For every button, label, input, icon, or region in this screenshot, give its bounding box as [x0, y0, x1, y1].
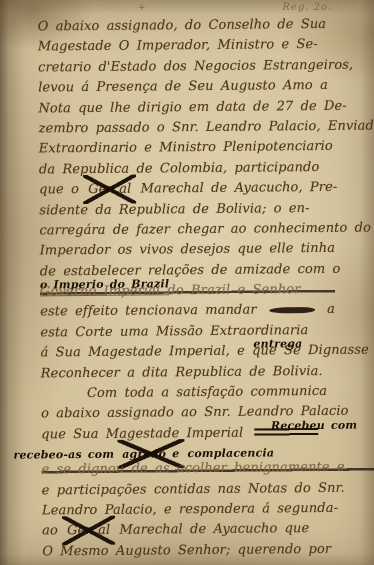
line-text: ao Gen.al Marechal de Ayacucho que — [42, 519, 309, 542]
line-text: Nota que lhe dirigio em data de 27 de De… — [38, 96, 347, 119]
line-text: sidente da Republica de Bolivia; o en- — [39, 199, 309, 222]
manuscript-line: e participações contidas nas Notas do Sn… — [42, 478, 368, 501]
manuscript-line: Com toda a satisfação communica — [41, 382, 367, 405]
line-text: e participações contidas nas Notas do Sn… — [42, 478, 345, 501]
handwritten-text: á Sua Magestade Imperial, e que Se Digna… — [40, 343, 368, 361]
crossed-out-word: Gen.al — [86, 180, 133, 201]
crossed-out-word: Gen.al — [65, 521, 112, 542]
manuscript-line: ao Gen.al Marechal de Ayacucho que — [42, 519, 368, 542]
handwritten-text: carregára de fazer chegar ao conheciment… — [39, 220, 371, 238]
manuscript-line: que o Gen.al Marechal de Ayacucho, Pre- — [39, 178, 365, 201]
manuscript-line: zembro passado o Snr. Leandro Palacio, E… — [39, 117, 365, 140]
line-text: Com toda a satisfação communica — [87, 382, 327, 405]
line-text: cretario d'Estado dos Negocios Estrangei… — [38, 55, 353, 78]
line-text: Governo Imperial do Brazil e Senhor — [40, 280, 335, 303]
line-text: Imperador os vivos desejos que elle tinh… — [40, 239, 336, 262]
handwritten-text: Reconhecer a dita Republica de Bolivia. — [41, 364, 323, 381]
handwritten-text: zembro passado o Snr. Leandro Palacio, E… — [39, 118, 374, 136]
handwritten-text: levou á Presença de Seu Augusto Amo a — [38, 78, 328, 96]
line-text: O abaixo assignado, do Conselho de Sua — [38, 15, 327, 38]
handwritten-text: Imperador os vivos desejos que elle tinh… — [40, 241, 336, 259]
line-text: Reconhecer a dita Republica de Bolivia. — [41, 362, 323, 385]
ink-blot-strike — [269, 307, 315, 313]
line-text: este effeito tencionava mandar a — [40, 300, 335, 323]
handwritten-text: que o — [39, 182, 86, 197]
handwritten-text: e se dignou de as acolher benignamente e — [42, 460, 345, 478]
handwritten-text: e participações contidas nas Notas do Sn… — [42, 480, 345, 498]
manuscript-line: carregára de fazer chegar ao conheciment… — [39, 218, 365, 241]
manuscript-line: Magestade O Imperador, Ministro e Se- — [38, 35, 364, 58]
handwritten-text: Governo Imperial do Brazil e Senhor — [40, 282, 301, 299]
manuscript-line: este effeito tencionava mandar a — [40, 300, 366, 323]
line-text: que o Gen.al Marechal de Ayacucho, Pre- — [39, 178, 337, 201]
page-number-annotation: Reg. 2o. — [282, 2, 332, 13]
line-text: e se dignou de as acolher benignamente e — [41, 458, 374, 481]
handwritten-text: Marechal de Ayacucho que — [112, 521, 309, 538]
invocation-cross-mark: + — [138, 3, 146, 13]
line-text: Recebeu com — [271, 415, 357, 436]
manuscript-line: Nota que lhe dirigio em data de 27 de De… — [38, 96, 364, 119]
handwritten-text: Extraordinario e Ministro Plenipotenciar… — [39, 139, 333, 157]
struck-through-line: e se dignou de as acolher benignamente e — [41, 458, 367, 481]
line-text: da Republica de Colombia, participando — [39, 158, 320, 181]
manuscript-line: cretario d'Estado dos Negocios Estrangei… — [38, 55, 364, 78]
handwritten-text: Nota que lhe dirigio em data de 27 de De… — [38, 98, 347, 116]
manuscript-line: Extraordinario e Ministro Plenipotenciar… — [39, 137, 365, 160]
handwritten-text: a — [320, 302, 335, 317]
handwritten-text: Magestade O Imperador, Ministro e Se- — [38, 37, 318, 54]
line-text: zembro passado o Snr. Leandro Palacio, E… — [39, 116, 374, 139]
manuscript-line: levou á Presença de Seu Augusto Amo a — [38, 76, 364, 99]
handwritten-text: este effeito tencionava mandar — [40, 303, 264, 320]
line-text: carregára de fazer chegar ao conheciment… — [39, 218, 371, 241]
handwritten-text: Marechal de Ayacucho, Pre- — [133, 180, 337, 197]
handwritten-text: sidente da Republica de Bolivia; o en- — [39, 201, 309, 218]
manuscript-line: á Sua Magestade Imperial, e que Se Digna… — [40, 341, 366, 364]
manuscript-line: esta Corte uma Missão Extraordinaria — [40, 320, 366, 343]
handwritten-text: Com toda a satisfação communica — [87, 384, 327, 401]
handwritten-text: cretario d'Estado dos Negocios Estrangei… — [38, 57, 353, 75]
manuscript-line: O abaixo assignado, do Conselho de Sua — [38, 15, 364, 38]
handwritten-text: Recebeu com — [271, 418, 357, 432]
handwritten-text: entrega — [253, 337, 302, 350]
struck-through-line: Governo Imperial do Brazil e Senhor — [40, 280, 366, 303]
handwritten-text: O abaixo assignado, do Conselho de Sua — [38, 17, 327, 35]
handwritten-text: da Republica de Colombia, participando — [39, 160, 320, 177]
manuscript-line: Imperador os vivos desejos que elle tinh… — [40, 239, 366, 262]
line-text: á Sua Magestade Imperial, e que Se Digna… — [40, 341, 369, 364]
manuscript-page: + Reg. 2o. O abaixo assignado, do Consel… — [0, 0, 374, 565]
line-text: entrega — [253, 334, 302, 355]
line-text: Extraordinario e Ministro Plenipotenciar… — [39, 137, 333, 160]
manuscript-line: Reconhecer a dita Republica de Bolivia. — [41, 361, 367, 384]
line-text: Magestade O Imperador, Ministro e Se- — [38, 35, 318, 58]
line-text: levou á Presença de Seu Augusto Amo a — [38, 76, 328, 99]
manuscript-body: O abaixo assignado, do Conselho de SuaMa… — [38, 15, 369, 563]
